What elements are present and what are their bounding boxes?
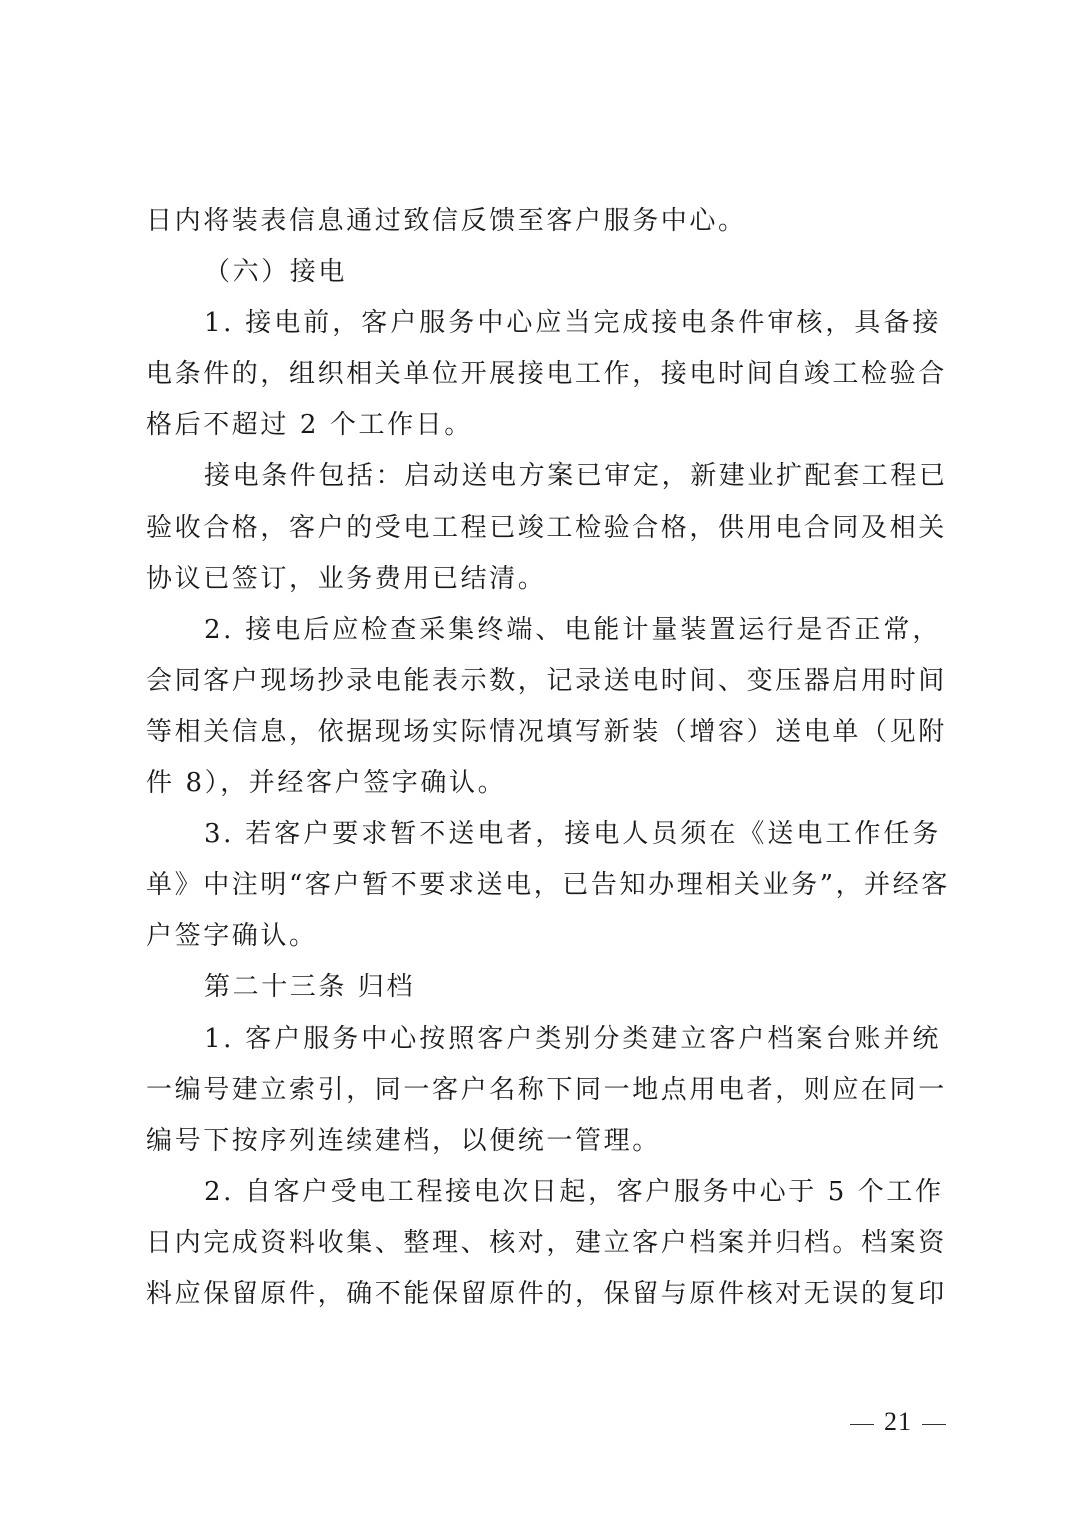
text-line: 2. 接电后应检查采集终端、电能计量装置运行是否正常， bbox=[146, 605, 941, 656]
dash-left-icon bbox=[850, 1424, 874, 1425]
text-line: 会同客户现场抄录电能表示数，记录送电时间、变压器启用时间 bbox=[146, 656, 941, 707]
text-line: 件 8），并经客户签字确认。 bbox=[146, 758, 941, 809]
text-line: 接电条件包括：启动送电方案已审定，新建业扩配套工程已 bbox=[146, 451, 941, 502]
page-number: 21 bbox=[840, 1407, 956, 1437]
text-line: 1. 客户服务中心按照客户类别分类建立客户档案台账并统 bbox=[146, 1014, 941, 1065]
text-line: 电条件的，组织相关单位开展接电工作，接电时间自竣工检验合 bbox=[146, 349, 941, 400]
text-line: 户签字确认。 bbox=[146, 911, 941, 962]
text-line: 一编号建立索引，同一客户名称下同一地点用电者，则应在同一 bbox=[146, 1065, 941, 1116]
text-line: 日内完成资料收集、整理、核对，建立客户档案并归档。档案资 bbox=[146, 1218, 941, 1269]
text-line: 验收合格，客户的受电工程已竣工检验合格，供用电合同及相关 bbox=[146, 503, 941, 554]
document-body: 日内将装表信息通过致信反馈至客户服务中心。 （六）接电 1. 接电前，客户服务中… bbox=[146, 196, 941, 1320]
text-line: 格后不超过 2 个工作日。 bbox=[146, 400, 941, 451]
text-line: 2. 自客户受电工程接电次日起，客户服务中心于 5 个工作 bbox=[146, 1167, 941, 1218]
text-line: 协议已签订，业务费用已结清。 bbox=[146, 554, 941, 605]
text-line: 3. 若客户要求暂不送电者，接电人员须在《送电工作任务 bbox=[146, 809, 941, 860]
article-heading-guidang: 第二十三条 归档 bbox=[146, 962, 941, 1013]
dash-right-icon bbox=[922, 1424, 946, 1425]
section-heading-jiedian: （六）接电 bbox=[146, 247, 941, 298]
page-number-value: 21 bbox=[884, 1407, 912, 1436]
text-line: 单》中注明“客户暂不要求送电，已告知办理相关业务”，并经客 bbox=[146, 860, 941, 911]
text-line: 1. 接电前，客户服务中心应当完成接电条件审核，具备接 bbox=[146, 298, 941, 349]
text-line: 料应保留原件，确不能保留原件的，保留与原件核对无误的复印 bbox=[146, 1269, 941, 1320]
text-line: 等相关信息，依据现场实际情况填写新装（增容）送电单（见附 bbox=[146, 707, 941, 758]
text-line: 日内将装表信息通过致信反馈至客户服务中心。 bbox=[146, 196, 941, 247]
text-line: 编号下按序列连续建档，以便统一管理。 bbox=[146, 1116, 941, 1167]
